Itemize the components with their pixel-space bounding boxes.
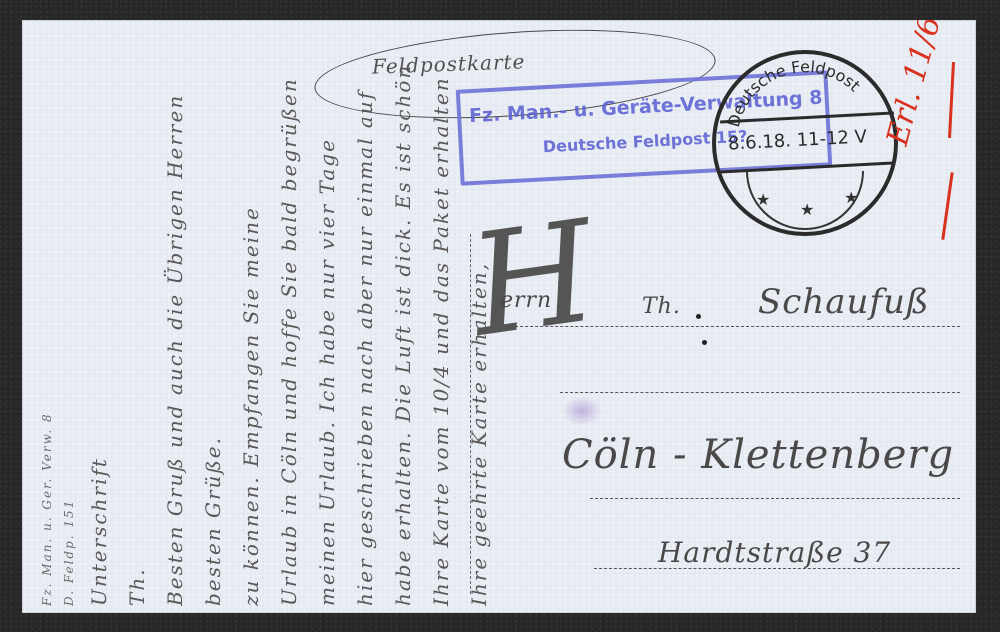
message-line: zu können. Empfangen Sie meine xyxy=(232,46,270,606)
recipient-first-name: Th. xyxy=(642,294,681,319)
message-line: Besten Gruß und auch die Übrigen Herren xyxy=(156,46,194,606)
recipient-surname: Schaufuß xyxy=(758,282,930,322)
message-header-line: Fz. Man. u. Ger. Verw. 8 xyxy=(36,46,58,606)
message-line: habe erhalten. Die Luft ist dick. Es ist… xyxy=(384,46,422,606)
address-divider xyxy=(470,234,471,594)
handwritten-message: Fz. Man. u. Ger. Verw. 8 D. Feldp. 151 U… xyxy=(36,46,498,606)
address-line-3 xyxy=(594,568,960,569)
star-icon: ★ xyxy=(756,190,770,209)
address-line-2 xyxy=(590,498,960,499)
postcard: Fz. Man. u. Ger. Verw. 8 D. Feldp. 151 U… xyxy=(22,20,976,613)
ink-smudge xyxy=(562,396,602,426)
red-line xyxy=(948,62,954,138)
star-icon: ★ xyxy=(844,188,858,207)
address-line-blank xyxy=(560,392,960,393)
salutation: errn xyxy=(500,288,552,313)
message-line: Unterschrift xyxy=(80,46,118,606)
ink-dot xyxy=(696,314,701,319)
recipient-street: Hardtstraße 37 xyxy=(658,536,891,569)
message-line: hier geschrieben nach aber nur einmal au… xyxy=(346,46,384,606)
message-line: Th. xyxy=(118,46,156,606)
postmark-stars: ★ ★ ★ xyxy=(756,184,856,224)
message-line: Urlaub in Cöln und hoffe Sie bald begrüß… xyxy=(270,46,308,606)
salutation-initial: H xyxy=(463,202,603,358)
message-header-line: D. Feldp. 151 xyxy=(58,46,80,606)
feldpost-postmark: Deutsche Feldpost 8.6.18. 11-12 V ★ ★ ★ xyxy=(712,50,898,236)
message-line: Ihre Karte vom 10/4 und das Paket erhalt… xyxy=(422,46,460,606)
star-icon: ★ xyxy=(800,200,814,219)
message-line: meinen Urlaub. Ich habe nur vier Tage xyxy=(308,46,346,606)
ink-dot xyxy=(702,340,707,345)
message-line: besten Grüße. xyxy=(194,46,232,606)
red-line xyxy=(941,172,953,240)
address-line-1 xyxy=(500,326,960,327)
recipient-city: Cöln - Klettenberg xyxy=(562,432,954,478)
